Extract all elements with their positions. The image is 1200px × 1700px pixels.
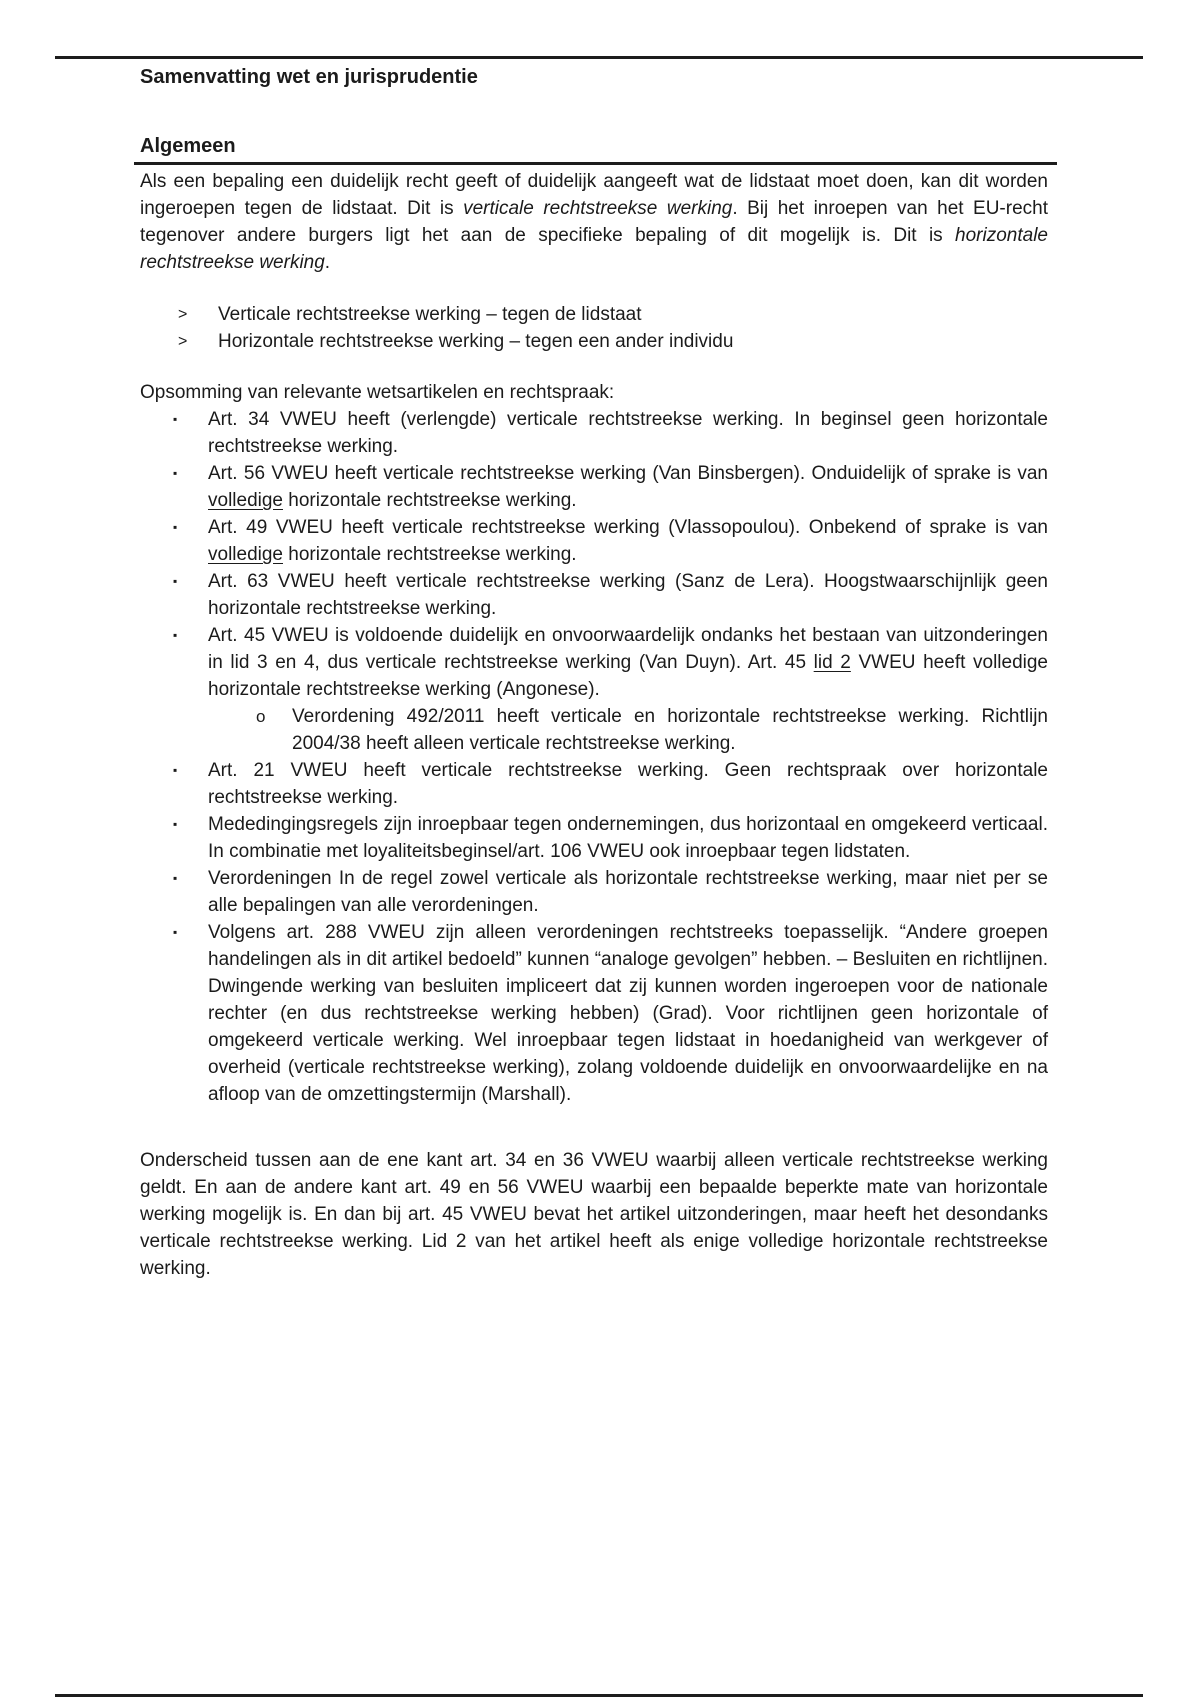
underlined-text-run: volledige: [208, 544, 283, 565]
bullet-list-item: ▪Art. 63 VWEU heeft verticale rechtstree…: [140, 568, 1048, 622]
bullet-list-item: ▪Art. 56 VWEU heeft verticale rechtstree…: [140, 460, 1048, 514]
text-run: Art. 56 VWEU heeft verticale rechtstreek…: [208, 463, 1048, 484]
bullet-list-item: ▪Art. 45 VWEU is voldoende duidelijk en …: [140, 622, 1048, 703]
arrow-list-item: >Horizontale rechtstreekse werking – teg…: [140, 328, 1048, 355]
closing-paragraph: Onderscheid tussen aan de ene kant art. …: [140, 1147, 1048, 1282]
list-item-text: Art. 56 VWEU heeft verticale rechtstreek…: [208, 460, 1048, 514]
bullet-list-item: ▪Mededingingsregels zijn inroepbaar tege…: [140, 811, 1048, 865]
bullet-list: ▪Art. 34 VWEU heeft (verlengde) vertical…: [140, 406, 1048, 1108]
square-bullet-marker: ▪: [173, 811, 208, 838]
square-bullet-marker: ▪: [173, 919, 208, 946]
document-content: Samenvatting wet en jurisprudentie Algem…: [140, 64, 1048, 1282]
top-horizontal-rule: [55, 56, 1143, 59]
square-bullet-marker: ▪: [173, 460, 208, 487]
text-run: Verordeningen In de regel zowel vertical…: [208, 868, 1048, 916]
list-item-text: Art. 49 VWEU heeft verticale rechtstreek…: [208, 514, 1048, 568]
underlined-text-run: lid 2: [814, 652, 851, 673]
text-run: .: [325, 252, 330, 273]
bullet-list-item: ▪Verordeningen In de regel zowel vertica…: [140, 865, 1048, 919]
list-item-text: Mededingingsregels zijn inroepbaar tegen…: [208, 811, 1048, 865]
text-run: horizontale rechtstreekse werking.: [283, 544, 577, 565]
arrow-bullet-marker: >: [178, 328, 218, 355]
text-run: Verordening 492/2011 heeft verticale en …: [292, 706, 1048, 754]
arrow-bullet-marker: >: [178, 301, 218, 328]
text-run: horizontale rechtstreekse werking.: [283, 490, 577, 511]
text-run: Art. 49 VWEU heeft verticale rechtstreek…: [208, 517, 1048, 538]
text-run: Horizontale rechtstreekse werking – tege…: [218, 331, 733, 352]
square-bullet-marker: ▪: [173, 622, 208, 649]
square-bullet-marker: ▪: [173, 757, 208, 784]
text-run: Verticale rechtstreekse werking – tegen …: [218, 304, 642, 325]
list-item-text: Verordeningen In de regel zowel vertical…: [208, 865, 1048, 919]
list-item-text: Art. 21 VWEU heeft verticale rechtstreek…: [208, 757, 1048, 811]
bullet-list-item: ▪Art. 21 VWEU heeft verticale rechtstree…: [140, 757, 1048, 811]
arrow-bullet-list: >Verticale rechtstreekse werking – tegen…: [140, 301, 1048, 355]
list-intro-line: Opsomming van relevante wetsartikelen en…: [140, 379, 1048, 406]
bottom-horizontal-rule: [55, 1694, 1143, 1697]
text-run: Onderscheid tussen aan de ene kant art. …: [140, 1150, 1048, 1279]
list-item-text: Art. 34 VWEU heeft (verlengde) verticale…: [208, 406, 1048, 460]
text-run: Art. 21 VWEU heeft verticale rechtstreek…: [208, 760, 1048, 808]
list-item-text: Volgens art. 288 VWEU zijn alleen verord…: [208, 919, 1048, 1108]
square-bullet-marker: ▪: [173, 568, 208, 595]
square-bullet-marker: ▪: [173, 865, 208, 892]
underlined-text-run: volledige: [208, 490, 283, 511]
bullet-list-item: ▪Volgens art. 288 VWEU zijn alleen veror…: [140, 919, 1048, 1108]
square-bullet-marker: ▪: [173, 406, 208, 433]
text-run: Mededingingsregels zijn inroepbaar tegen…: [208, 814, 1048, 862]
list-item-text: Art. 45 VWEU is voldoende duidelijk en o…: [208, 622, 1048, 703]
square-bullet-marker: ▪: [173, 514, 208, 541]
list-item-text: Verticale rechtstreekse werking – tegen …: [218, 301, 1048, 328]
intro-paragraph: Als een bepaling een duidelijk recht gee…: [140, 168, 1048, 276]
list-item-text: Horizontale rechtstreekse werking – tege…: [218, 328, 1048, 355]
italic-text-run: verticale rechtstreekse werking: [463, 198, 732, 219]
list-item-text: Verordening 492/2011 heeft verticale en …: [292, 703, 1048, 757]
sub-bullet-list-item: oVerordening 492/2011 heeft verticale en…: [140, 703, 1048, 757]
document-page: Samenvatting wet en jurisprudentie Algem…: [0, 0, 1200, 1700]
text-run: Art. 63 VWEU heeft verticale rechtstreek…: [208, 571, 1048, 619]
circle-bullet-marker: o: [256, 703, 292, 730]
section-heading: Algemeen: [134, 134, 1057, 165]
bullet-list-item: ▪Art. 49 VWEU heeft verticale rechtstree…: [140, 514, 1048, 568]
text-run: Art. 34 VWEU heeft (verlengde) verticale…: [208, 409, 1048, 457]
arrow-list-item: >Verticale rechtstreekse werking – tegen…: [140, 301, 1048, 328]
list-item-text: Art. 63 VWEU heeft verticale rechtstreek…: [208, 568, 1048, 622]
bullet-list-item: ▪Art. 34 VWEU heeft (verlengde) vertical…: [140, 406, 1048, 460]
page-title: Samenvatting wet en jurisprudentie: [140, 64, 1048, 91]
text-run: Volgens art. 288 VWEU zijn alleen verord…: [208, 922, 1048, 1105]
